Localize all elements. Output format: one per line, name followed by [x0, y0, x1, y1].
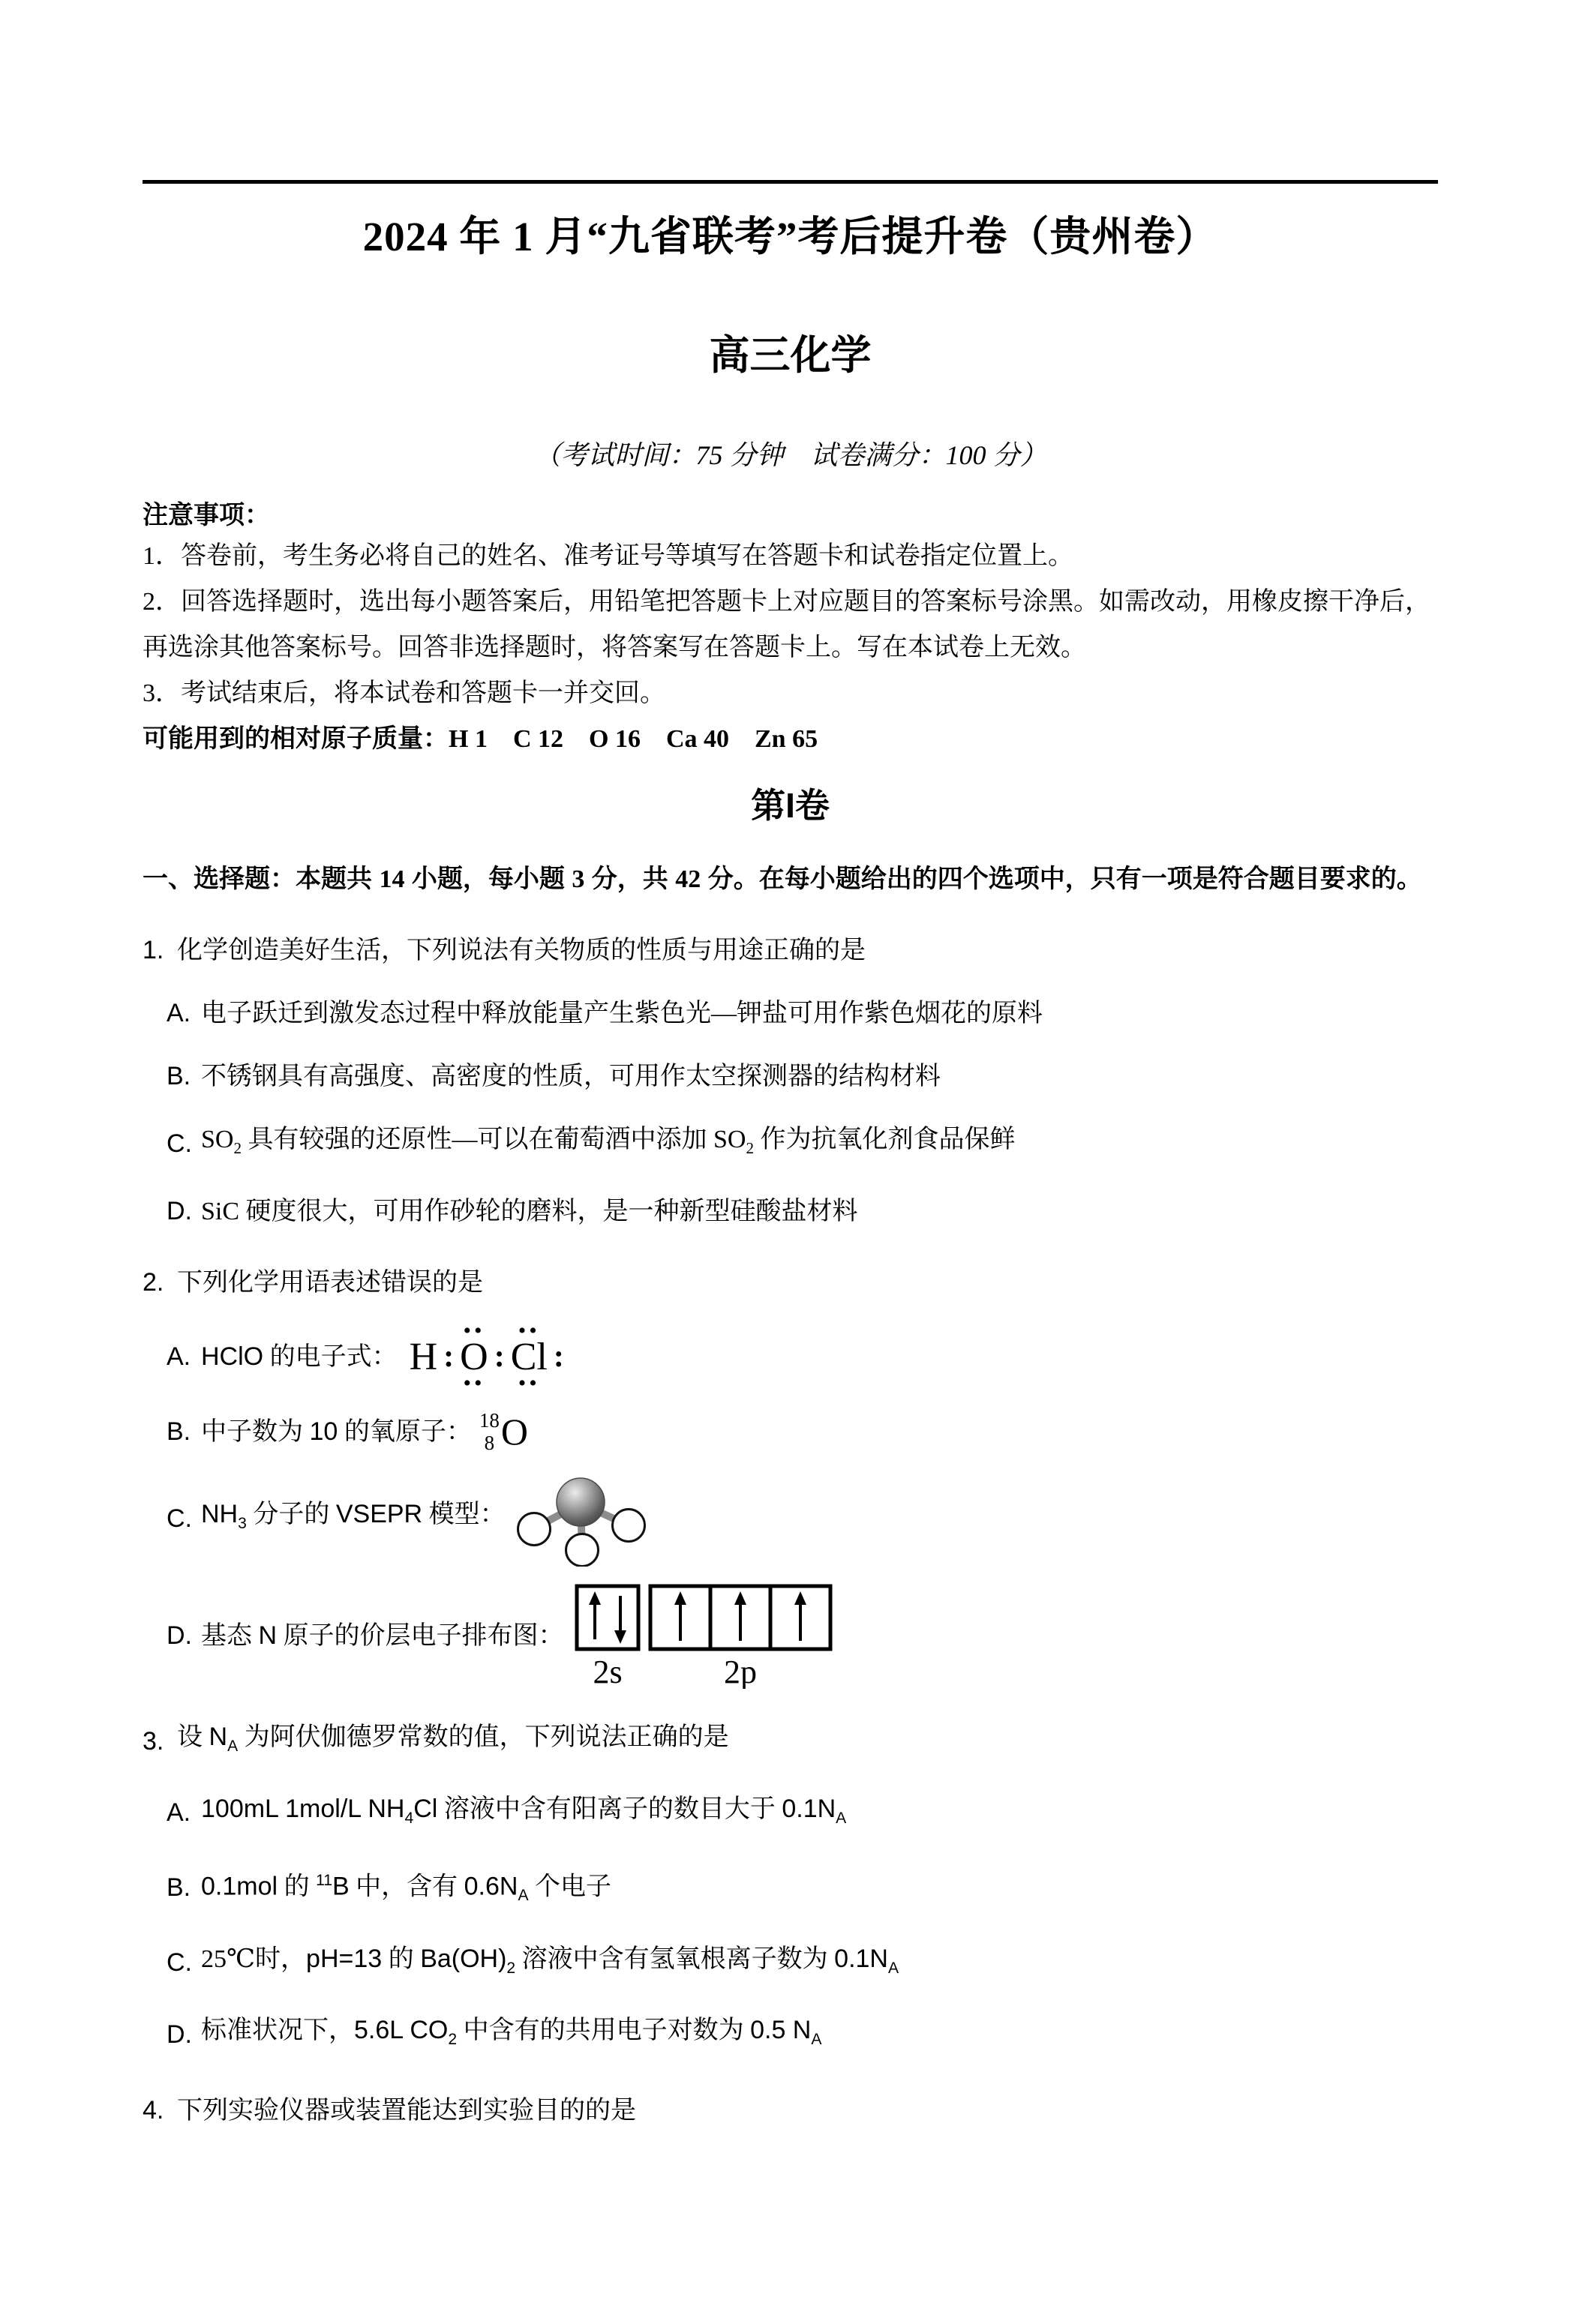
option-label: A. [167, 1334, 201, 1380]
lewis-bond-pair: : [439, 1334, 458, 1380]
question-3: 3. 设 NA 为阿伏伽德罗常数的值，下列说法正确的是 [143, 1714, 1438, 1769]
part1-title: 第I卷 [143, 784, 1438, 826]
option-text: 不锈钢具有高强度、高密度的性质，可用作太空探测器的结构材料 [201, 1054, 941, 1099]
option-label: D. [167, 1189, 201, 1234]
outer-atom-sphere [566, 1534, 598, 1566]
question-3-number: 3. [143, 1719, 177, 1765]
lewis-atom-h: H [408, 1323, 440, 1392]
question-1-number: 1. [143, 928, 177, 973]
spin-up-arrow [794, 1591, 806, 1641]
option-label: D. [167, 2012, 201, 2058]
lone-pair-dots: •• [518, 1320, 540, 1342]
outer-atom-sphere [612, 1509, 644, 1541]
orbital-label-2p: 2p [724, 1654, 757, 1689]
option-text: 基态 N 原子的价层电子排布图： [201, 1613, 564, 1659]
question-4-number: 4. [143, 2088, 177, 2134]
lone-pair-dots: •• [463, 1320, 485, 1342]
option-text: 电子跃迁到激发态过程中释放能量产生紫色光—钾盐可用作紫色烟花的原料 [201, 991, 1043, 1036]
option-text: SiC 硬度很大，可用作砂轮的磨料，是一种新型硅酸盐材料 [201, 1189, 858, 1234]
exam-subject: 高三化学 [143, 331, 1438, 380]
question-2-option-b: B. 中子数为 10 的氧原子： 18 8 O [143, 1409, 1438, 1455]
outer-atom-sphere [518, 1513, 550, 1545]
question-1-option-b: B. 不锈钢具有高强度、高密度的性质，可用作太空探测器的结构材料 [143, 1054, 1438, 1099]
option-label: C. [167, 1940, 201, 1986]
question-2-number: 2. [143, 1260, 177, 1306]
exam-info-line: （考试时间：75 分钟 试卷满分：100 分） [143, 437, 1438, 473]
spin-up-arrow [674, 1591, 686, 1641]
isotope-mass-number: 18 [479, 1411, 500, 1431]
question-3-option-b: B. 0.1mol 的 11B 中，含有 0.6NA 个电子 [143, 1858, 1438, 1918]
question-4: 4. 下列实验仪器或装置能达到实验目的的是 [143, 2088, 1438, 2134]
lewis-bond-pair: : [490, 1334, 509, 1380]
spin-down-arrow [614, 1596, 626, 1644]
question-1-option-a: A. 电子跃迁到激发态过程中释放能量产生紫色光—钾盐可用作紫色烟花的原料 [143, 991, 1438, 1036]
option-text: NH3 分子的 VSEPR 模型： [201, 1492, 506, 1546]
option-label: B. [167, 1054, 201, 1099]
question-3-option-d: D. 标准状况下，5.6L CO2 中含有的共用电子对数为 0.5 NA [143, 2008, 1438, 2062]
lewis-atom-o: •• O •• [458, 1323, 490, 1392]
notice-item-3: 3．考试结束后，将本试卷和答题卡一并交回。 [143, 670, 1438, 716]
question-3-option-a: A. 100mL 1mol/L NH4Cl 溶液中含有阳离子的数目大于 0.1N… [143, 1786, 1438, 1841]
notice-item-2: 2．回答选择题时，选出每小题答案后，用铅笔把答题卡上对应题目的答案标号涂黑。如需… [143, 579, 1438, 670]
question-2-option-d: D. 基态 N 原子的价层电子排布图： [143, 1584, 1438, 1689]
option-text: HClO 的电子式： [201, 1334, 398, 1380]
oxygen-isotope-notation: 18 8 O [479, 1411, 528, 1453]
valence-orbital-diagram: 2s 2p [575, 1584, 834, 1689]
isotope-atomic-number: 8 [485, 1433, 495, 1453]
section-intro: 一、选择题：本题共 14 小题，每小题 3 分，共 42 分。在每小题给出的四个… [143, 856, 1438, 902]
header-rule [143, 180, 1438, 184]
question-1-stem: 化学创造美好生活，下列说法有关物质的性质与用途正确的是 [177, 928, 1438, 973]
option-label: C. [167, 1496, 201, 1542]
option-text: SO2 具有较强的还原性—可以在葡萄酒中添加 SO2 作为抗氧化剂食品保鲜 [201, 1117, 1016, 1171]
spin-up-arrow [589, 1591, 601, 1639]
option-label: A. [167, 1790, 201, 1836]
option-label: B. [167, 1865, 201, 1911]
spin-up-arrow [734, 1591, 746, 1641]
question-2-option-c: C. NH3 分子的 VSEPR 模型： [143, 1472, 1438, 1567]
exam-paper-page: 2024 年 1 月“九省联考”考后提升卷（贵州卷） 高三化学 （考试时间：75… [0, 0, 1582, 2324]
question-1: 1. 化学创造美好生活，下列说法有关物质的性质与用途正确的是 [143, 928, 1438, 973]
question-3-stem: 设 NA 为阿伏伽德罗常数的值，下列说法正确的是 [177, 1714, 1438, 1769]
notice-item-1: 1．答卷前，考生务必将自己的姓名、准考证号等填写在答题卡和试卷指定位置上。 [143, 533, 1438, 579]
option-label: D. [167, 1613, 201, 1659]
isotope-element-symbol: O [501, 1413, 528, 1450]
question-4-stem: 下列实验仪器或装置能达到实验目的的是 [177, 2088, 1438, 2134]
question-2: 2. 下列化学用语表述错误的是 [143, 1260, 1438, 1306]
lewis-atom-cl: •• Cl •• [509, 1323, 549, 1392]
central-atom-sphere [557, 1478, 605, 1526]
option-text: 0.1mol 的 11B 中，含有 0.6NA 个电子 [201, 1858, 611, 1918]
notice-heading: 注意事项： [143, 497, 1438, 533]
lone-pair-dots: •• [518, 1372, 540, 1395]
option-text: 标准状况下，5.6L CO2 中含有的共用电子对数为 0.5 NA [201, 2008, 821, 2062]
question-2-option-a: A. HClO 的电子式： H : •• O •• : •• Cl •• : [143, 1323, 1438, 1392]
option-text: 100mL 1mol/L NH4Cl 溶液中含有阳离子的数目大于 0.1NA [201, 1786, 846, 1841]
exam-title: 2024 年 1 月“九省联考”考后提升卷（贵州卷） [143, 211, 1438, 263]
question-1-option-c: C. SO2 具有较强的还原性—可以在葡萄酒中添加 SO2 作为抗氧化剂食品保鲜 [143, 1117, 1438, 1171]
option-text: 25℃时，pH=13 的 Ba(OH)2 溶液中含有氢氧根离子数为 0.1NA [201, 1936, 899, 1991]
nh3-ball-stick-model [515, 1472, 648, 1567]
option-label: B. [167, 1409, 201, 1455]
question-2-stem: 下列化学用语表述错误的是 [177, 1260, 1438, 1306]
orbital-label-2s: 2s [593, 1654, 622, 1689]
lone-pair-dots: •• [463, 1372, 485, 1395]
lewis-lone-pair-right: : [549, 1334, 569, 1380]
atomic-mass-line: 可能用到的相对原子质量：H 1 C 12 O 16 Ca 40 Zn 65 [143, 716, 1438, 762]
question-3-option-c: C. 25℃时，pH=13 的 Ba(OH)2 溶液中含有氢氧根离子数为 0.1… [143, 1936, 1438, 1991]
option-label: A. [167, 991, 201, 1036]
option-text: 中子数为 10 的氧原子： [201, 1409, 472, 1455]
hclo-electron-formula: H : •• O •• : •• Cl •• : [408, 1323, 569, 1392]
question-1-option-d: D. SiC 硬度很大，可用作砂轮的磨料，是一种新型硅酸盐材料 [143, 1189, 1438, 1234]
option-label: C. [167, 1121, 201, 1167]
